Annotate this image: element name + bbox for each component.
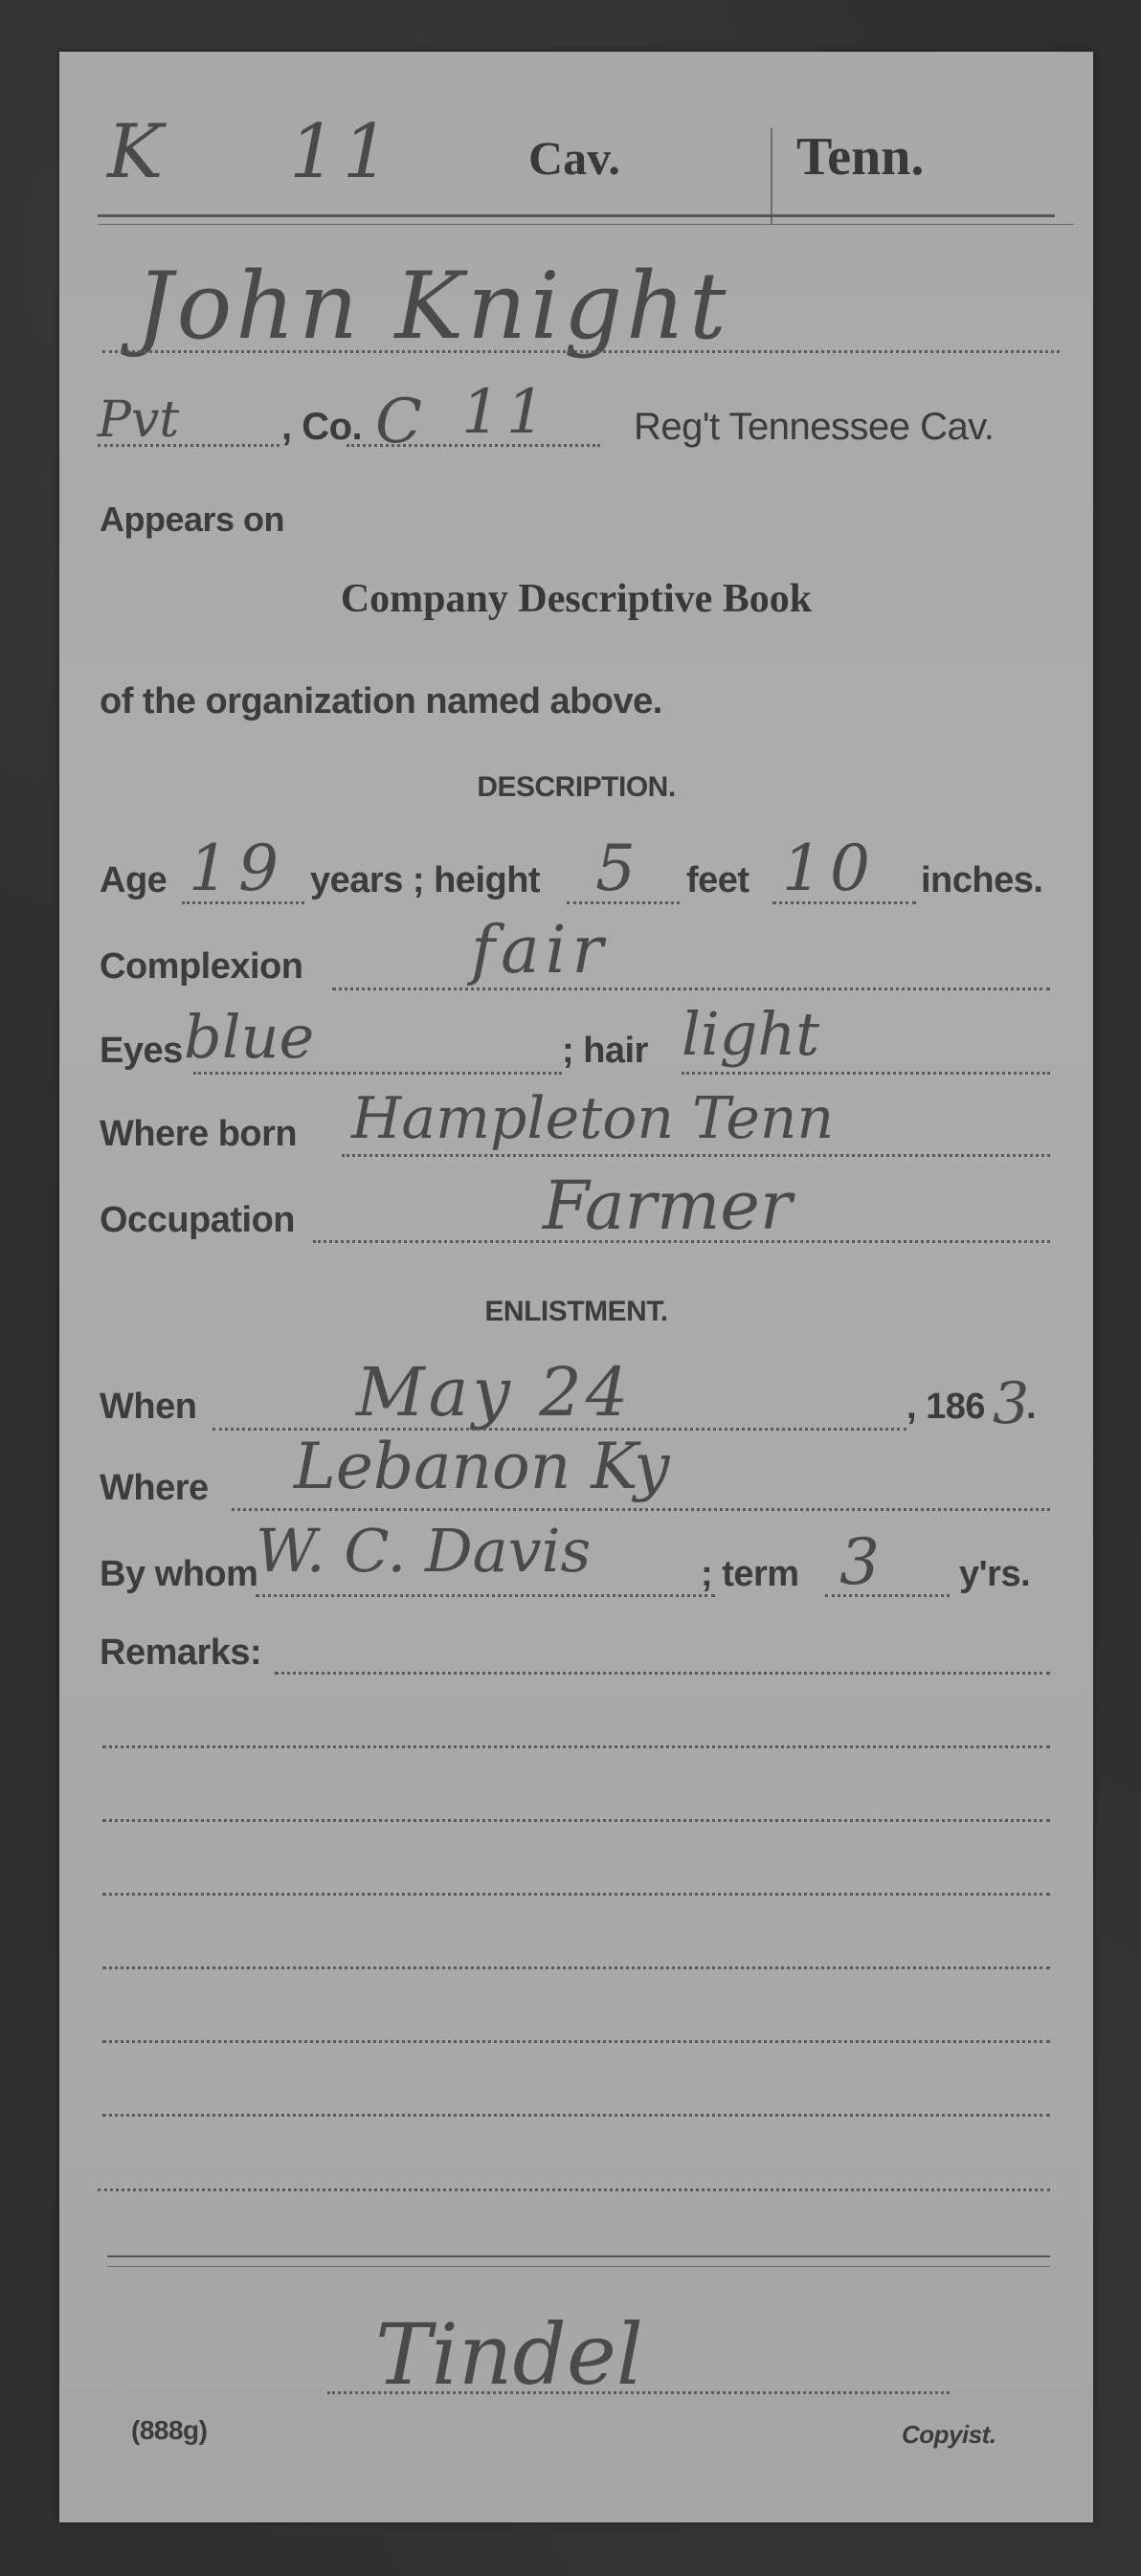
- footer-rule-top: [107, 2255, 1050, 2257]
- occupation-label: Occupation: [100, 1200, 295, 1241]
- inches-dotted-line: [772, 901, 916, 904]
- remarks-dotted-line-1: [102, 1745, 1050, 1748]
- rank-dotted-line: [98, 444, 280, 447]
- years-height-label: years ; height: [310, 860, 540, 901]
- complexion-dotted-line: [332, 988, 1050, 990]
- remarks-dotted-line-5: [102, 2040, 1050, 2043]
- term-label: ; term: [701, 1554, 799, 1595]
- when-value: May 24: [356, 1353, 632, 1432]
- eyes-value: blue: [184, 1002, 314, 1072]
- header-rule: [98, 214, 1055, 217]
- age-label: Age: [100, 860, 167, 901]
- year-prefix: , 186: [906, 1387, 985, 1428]
- description-heading: DESCRIPTION.: [59, 771, 1093, 804]
- hair-dotted-line: [682, 1072, 1050, 1075]
- header-divider: [771, 128, 772, 224]
- hair-value: light: [682, 999, 819, 1069]
- remarks-dotted-line-2: [102, 1819, 1050, 1822]
- regiment-label: Reg't Tennessee Cav.: [634, 406, 994, 449]
- age-dotted-line: [182, 901, 304, 904]
- company-label: , Co.: [281, 406, 362, 449]
- where-label: Where: [100, 1468, 209, 1509]
- yrs-label: y'rs.: [959, 1554, 1030, 1595]
- year-suffix-value: 3: [993, 1370, 1029, 1437]
- hair-label: ; hair: [562, 1031, 648, 1072]
- occupation-dotted-line: [313, 1240, 1050, 1243]
- enlistment-heading: ENLISTMENT.: [59, 1296, 1093, 1328]
- where-value: Lebanon Ky: [294, 1430, 670, 1503]
- organization-text: of the organization named above.: [100, 681, 662, 722]
- feet-label: feet: [686, 860, 749, 901]
- occupation-value: Farmer: [543, 1166, 792, 1245]
- remarks-dotted-line-7: [98, 2188, 1050, 2191]
- header-rule-thin: [98, 224, 1074, 225]
- feet-dotted-line: [567, 901, 680, 904]
- header-state: Tenn.: [796, 126, 924, 188]
- header-regiment-handwritten: 11: [289, 109, 395, 195]
- remarks-dotted-line-4: [102, 1966, 1050, 1969]
- header-company-handwritten: K: [107, 109, 163, 195]
- term-dotted-line: [825, 1594, 950, 1597]
- signature-dotted-line: [327, 2391, 950, 2394]
- name-dotted-line: [102, 350, 1060, 353]
- by-whom-label: By whom: [100, 1554, 257, 1595]
- height-feet-value: 5: [595, 832, 636, 905]
- soldier-name: John Knight: [136, 253, 730, 360]
- company-dotted-line: [347, 444, 600, 447]
- footer-rule-bottom: [107, 2266, 1050, 2267]
- eyes-dotted-line: [193, 1072, 562, 1075]
- age-value: 19: [189, 832, 288, 905]
- where-born-dotted-line: [342, 1154, 1050, 1157]
- soldier-rank: Pvt: [98, 391, 179, 449]
- term-value: 3: [839, 1525, 880, 1599]
- remarks-dotted-line-6: [102, 2114, 1050, 2117]
- where-born-value: Hampleton Tenn: [351, 1085, 834, 1152]
- remarks-label: Remarks:: [100, 1632, 261, 1674]
- inches-label: inches.: [921, 860, 1042, 901]
- where-dotted-line: [232, 1508, 1050, 1511]
- descriptive-card: K 11 Cav. Tenn. John Knight Pvt , Co. C …: [59, 52, 1093, 2522]
- appears-on-label: Appears on: [100, 500, 284, 540]
- where-born-label: Where born: [100, 1114, 297, 1155]
- by-whom-dotted-line: [256, 1594, 715, 1597]
- complexion-label: Complexion: [100, 946, 302, 988]
- remarks-dotted-line-3: [102, 1893, 1050, 1896]
- copyist-signature: Tindel: [375, 2305, 643, 2404]
- complexion-value: fair: [471, 913, 609, 988]
- year-end: .: [1026, 1387, 1036, 1428]
- copyist-label: Copyist.: [902, 2420, 996, 2450]
- regiment-value: 11: [461, 377, 550, 448]
- eyes-label: Eyes: [100, 1031, 183, 1072]
- form-number: (888g): [131, 2415, 207, 2446]
- by-whom-value: W. C. Davis: [256, 1516, 591, 1586]
- remarks-dotted-line-0: [275, 1672, 1050, 1675]
- when-label: When: [100, 1387, 196, 1428]
- height-inches-value: 10: [782, 832, 878, 905]
- book-title: Company Descriptive Book: [59, 576, 1093, 622]
- header-branch: Cav.: [528, 130, 620, 186]
